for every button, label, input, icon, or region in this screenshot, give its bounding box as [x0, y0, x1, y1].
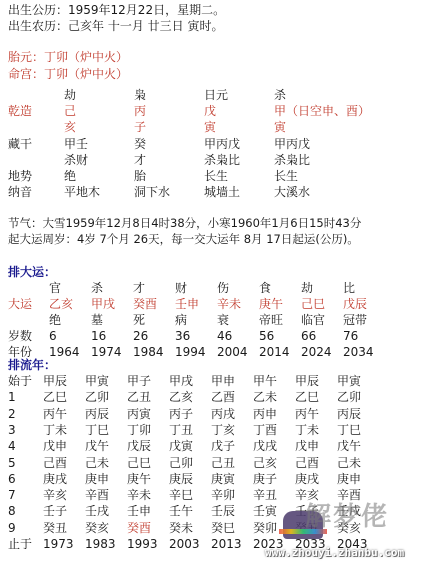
dayun-stage: 绝 [49, 312, 61, 328]
liunian-cell: 己巳 [127, 455, 151, 471]
dayun-age: 76 [343, 328, 358, 344]
nayin-value: 平地木 [64, 184, 100, 200]
liunian-cell: 辛丑 [253, 487, 277, 503]
liunian-cell: 己卯 [169, 455, 193, 471]
liunian-cell: 丙子 [169, 406, 193, 422]
liunian-cell: 壬戌 [85, 503, 109, 519]
earthly-branch: 寅 [204, 119, 216, 135]
solar-birth-date: 出生公历：1959年12月22日，星期二。 [8, 2, 225, 18]
dayun-pillar: 辛未 [217, 296, 241, 312]
liunian-cell: 己亥 [253, 455, 277, 471]
dayun-stage: 冠带 [343, 312, 367, 328]
liunian-cell: 丙申 [253, 406, 277, 422]
dayun-stage: 墓 [91, 312, 103, 328]
dayun-age: 26 [133, 328, 148, 344]
age-label: 岁数 [8, 328, 32, 344]
ten-god: 劫 [64, 87, 76, 103]
liunian-cell: 己丑 [211, 455, 235, 471]
qiyun-line: 起大运周岁：4岁 7个月 26天，每一交大运年 8月 17日起运(公历)。 [8, 231, 359, 247]
liunian-cell: 己未 [85, 455, 109, 471]
liunian-cell: 2023 [253, 536, 284, 552]
liunian-cell: 丙戌 [211, 406, 235, 422]
liunian-cell: 丁未 [295, 422, 319, 438]
dayun-label: 大运 [8, 296, 32, 312]
liunian-cell: 1993 [127, 536, 158, 552]
heavenly-stem: 己 [64, 103, 76, 119]
liunian-row-label: 8 [8, 503, 16, 519]
dayun-year: 2014 [259, 344, 290, 360]
dayun-year: 1984 [133, 344, 164, 360]
liunian-cell: 戊子 [211, 438, 235, 454]
ten-god: 枭 [134, 87, 146, 103]
liunian-cell: 丙午 [295, 406, 319, 422]
liunian-cell: 丁亥 [211, 422, 235, 438]
dayun-year: 1994 [175, 344, 206, 360]
liunian-cell: 癸丑 [295, 520, 319, 536]
dayun-god: 食 [259, 280, 271, 296]
dayun-stage: 帝旺 [259, 312, 283, 328]
liunian-cell: 辛未 [127, 487, 151, 503]
liunian-cell: 辛巳 [169, 487, 193, 503]
liunian-cell: 乙卯 [85, 389, 109, 405]
dayun-age: 16 [91, 328, 106, 344]
liunian-row-label: 始于 [8, 373, 32, 389]
nayin-value: 洞下水 [134, 184, 170, 200]
liunian-cell: 丁巳 [337, 422, 361, 438]
liunian-cell: 辛酉 [85, 487, 109, 503]
hidden-god: 杀财 [64, 152, 88, 168]
earthly-branch: 亥 [64, 119, 76, 135]
liunian-row-label: 1 [8, 389, 16, 405]
liunian-row-label: 4 [8, 438, 16, 454]
dayun-god: 才 [133, 280, 145, 296]
heavenly-stem: 甲（日空申、酉） [274, 103, 370, 119]
liunian-cell: 乙亥 [169, 389, 193, 405]
dayun-age: 6 [49, 328, 57, 344]
hidden-god: 才 [134, 152, 146, 168]
liunian-row-label: 5 [8, 455, 16, 471]
liunian-cell: 癸亥 [337, 520, 361, 536]
liunian-row-label: 7 [8, 487, 16, 503]
nayin-label: 纳音 [8, 184, 32, 200]
dayun-stage: 衰 [217, 312, 229, 328]
liunian-cell: 辛亥 [295, 487, 319, 503]
dayun-age: 36 [175, 328, 190, 344]
liunian-cell: 壬寅 [253, 503, 277, 519]
lunar-birth-date: 出生农历：己亥年 十一月 廿三日 寅时。 [8, 18, 223, 34]
hidden-stem: 甲丙戊 [204, 136, 240, 152]
dishi-value: 绝 [64, 168, 76, 184]
liunian-cell: 甲辰 [43, 373, 67, 389]
qianzao-label: 乾造 [8, 103, 32, 119]
liunian-cell: 丙寅 [127, 406, 151, 422]
dayun-god: 财 [175, 280, 187, 296]
liunian-cell: 癸丑 [43, 520, 67, 536]
dayun-god: 官 [49, 280, 61, 296]
liunian-cell: 辛酉 [337, 487, 361, 503]
dayun-stage: 死 [133, 312, 145, 328]
dayun-year: 1974 [91, 344, 122, 360]
liunian-cell: 庚戌 [43, 471, 67, 487]
liunian-cell: 庚寅 [211, 471, 235, 487]
dayun-pillar: 乙亥 [49, 296, 73, 312]
hidden-god: 杀枭比 [204, 152, 240, 168]
liunian-cell: 戊申 [295, 438, 319, 454]
liunian-cell: 甲申 [211, 373, 235, 389]
liunian-cell: 乙卯 [337, 389, 361, 405]
liunian-cell: 癸酉 [127, 520, 151, 536]
ming-gong: 命宫：丁卯（炉中火） [8, 66, 128, 82]
liunian-cell: 甲寅 [85, 373, 109, 389]
dayun-pillar: 戊辰 [343, 296, 367, 312]
liunian-cell: 2033 [295, 536, 326, 552]
hidden-god: 杀枭比 [274, 152, 310, 168]
watermark-url: www.zhouyi.zhanbu.com [265, 545, 404, 561]
dayun-year: 2004 [217, 344, 248, 360]
dayun-pillar: 甲戌 [91, 296, 115, 312]
canggan-label: 藏干 [8, 136, 32, 152]
liunian-cell: 甲戌 [169, 373, 193, 389]
dayun-year: 2034 [343, 344, 374, 360]
liunian-cell: 辛卯 [211, 487, 235, 503]
liunian-cell: 壬戌 [337, 503, 361, 519]
liunian-cell: 丁卯 [127, 422, 151, 438]
liunian-cell: 壬子 [295, 503, 319, 519]
liunian-cell: 丁丑 [169, 422, 193, 438]
dayun-god: 比 [343, 280, 355, 296]
liunian-cell: 庚午 [127, 471, 151, 487]
liunian-cell: 2003 [169, 536, 200, 552]
liunian-cell: 癸巳 [211, 520, 235, 536]
dayun-god: 劫 [301, 280, 313, 296]
liunian-cell: 丁未 [43, 422, 67, 438]
liunian-cell: 甲子 [127, 373, 151, 389]
liunian-cell: 甲寅 [337, 373, 361, 389]
liunian-cell: 癸未 [169, 520, 193, 536]
hidden-stem: 甲壬 [64, 136, 88, 152]
liunian-cell: 戊辰 [127, 438, 151, 454]
liunian-cell: 丁巳 [85, 422, 109, 438]
liunian-cell: 戊午 [85, 438, 109, 454]
liunian-title: 排流年： [8, 357, 56, 373]
liunian-row-label: 2 [8, 406, 16, 422]
liunian-cell: 戊午 [337, 438, 361, 454]
liunian-row-label: 9 [8, 520, 16, 536]
liunian-cell: 乙丑 [127, 389, 151, 405]
heavenly-stem: 戊 [204, 103, 216, 119]
liunian-cell: 壬子 [43, 503, 67, 519]
liunian-cell: 壬申 [127, 503, 151, 519]
liunian-cell: 甲辰 [295, 373, 319, 389]
nayin-value: 大溪水 [274, 184, 310, 200]
hidden-stem: 癸 [134, 136, 146, 152]
dayun-age: 56 [259, 328, 274, 344]
dayun-stage: 临官 [301, 312, 325, 328]
liunian-row-label: 止于 [8, 536, 32, 552]
dishi-value: 胎 [134, 168, 146, 184]
liunian-cell: 丙辰 [337, 406, 361, 422]
liunian-cell: 2043 [337, 536, 368, 552]
liunian-cell: 乙巳 [43, 389, 67, 405]
liunian-cell: 乙未 [253, 389, 277, 405]
liunian-cell: 庚申 [337, 471, 361, 487]
liunian-cell: 戊寅 [169, 438, 193, 454]
dayun-stage: 病 [175, 312, 187, 328]
ten-god: 日元 [204, 87, 228, 103]
liunian-cell: 癸亥 [85, 520, 109, 536]
dayun-age: 46 [217, 328, 232, 344]
dishi-value: 长生 [274, 168, 298, 184]
liunian-row-label: 6 [8, 471, 16, 487]
liunian-cell: 庚申 [85, 471, 109, 487]
liunian-cell: 甲午 [253, 373, 277, 389]
liunian-row-label: 3 [8, 422, 16, 438]
dayun-pillar: 庚午 [259, 296, 283, 312]
hidden-stem: 甲丙戊 [274, 136, 310, 152]
liunian-cell: 戊戌 [253, 438, 277, 454]
earthly-branch: 寅 [274, 119, 286, 135]
nayin-value: 城墙土 [204, 184, 240, 200]
dayun-year: 2024 [301, 344, 332, 360]
dayun-pillar: 癸酉 [133, 296, 157, 312]
dishi-label: 地势 [8, 168, 32, 184]
heavenly-stem: 丙 [134, 103, 146, 119]
dishi-value: 长生 [204, 168, 228, 184]
liunian-cell: 乙巳 [295, 389, 319, 405]
liunian-cell: 1973 [43, 536, 74, 552]
tai-yuan: 胎元：丁卯（炉中火） [8, 49, 128, 65]
liunian-cell: 乙酉 [211, 389, 235, 405]
dayun-pillar: 己巳 [301, 296, 325, 312]
dayun-god: 伤 [217, 280, 229, 296]
liunian-cell: 丁酉 [253, 422, 277, 438]
ten-god: 杀 [274, 87, 286, 103]
dayun-pillar: 壬申 [175, 296, 199, 312]
liunian-cell: 庚辰 [169, 471, 193, 487]
liunian-cell: 辛亥 [43, 487, 67, 503]
liunian-cell: 己未 [337, 455, 361, 471]
liunian-cell: 壬午 [169, 503, 193, 519]
liunian-cell: 庚子 [253, 471, 277, 487]
dayun-god: 杀 [91, 280, 103, 296]
liunian-cell: 癸卯 [253, 520, 277, 536]
liunian-cell: 丙午 [43, 406, 67, 422]
liunian-cell: 戊申 [43, 438, 67, 454]
liunian-cell: 己酉 [43, 455, 67, 471]
earthly-branch: 子 [134, 119, 146, 135]
liunian-cell: 丙辰 [85, 406, 109, 422]
jieqi-line: 节气：大雪1959年12月8日4时38分，小寒1960年1月6日15时43分 [8, 215, 361, 231]
liunian-cell: 己酉 [295, 455, 319, 471]
liunian-cell: 1983 [85, 536, 116, 552]
dayun-title: 排大运： [8, 264, 56, 280]
liunian-cell: 壬辰 [211, 503, 235, 519]
dayun-age: 66 [301, 328, 316, 344]
liunian-cell: 2013 [211, 536, 242, 552]
liunian-cell: 庚戌 [295, 471, 319, 487]
